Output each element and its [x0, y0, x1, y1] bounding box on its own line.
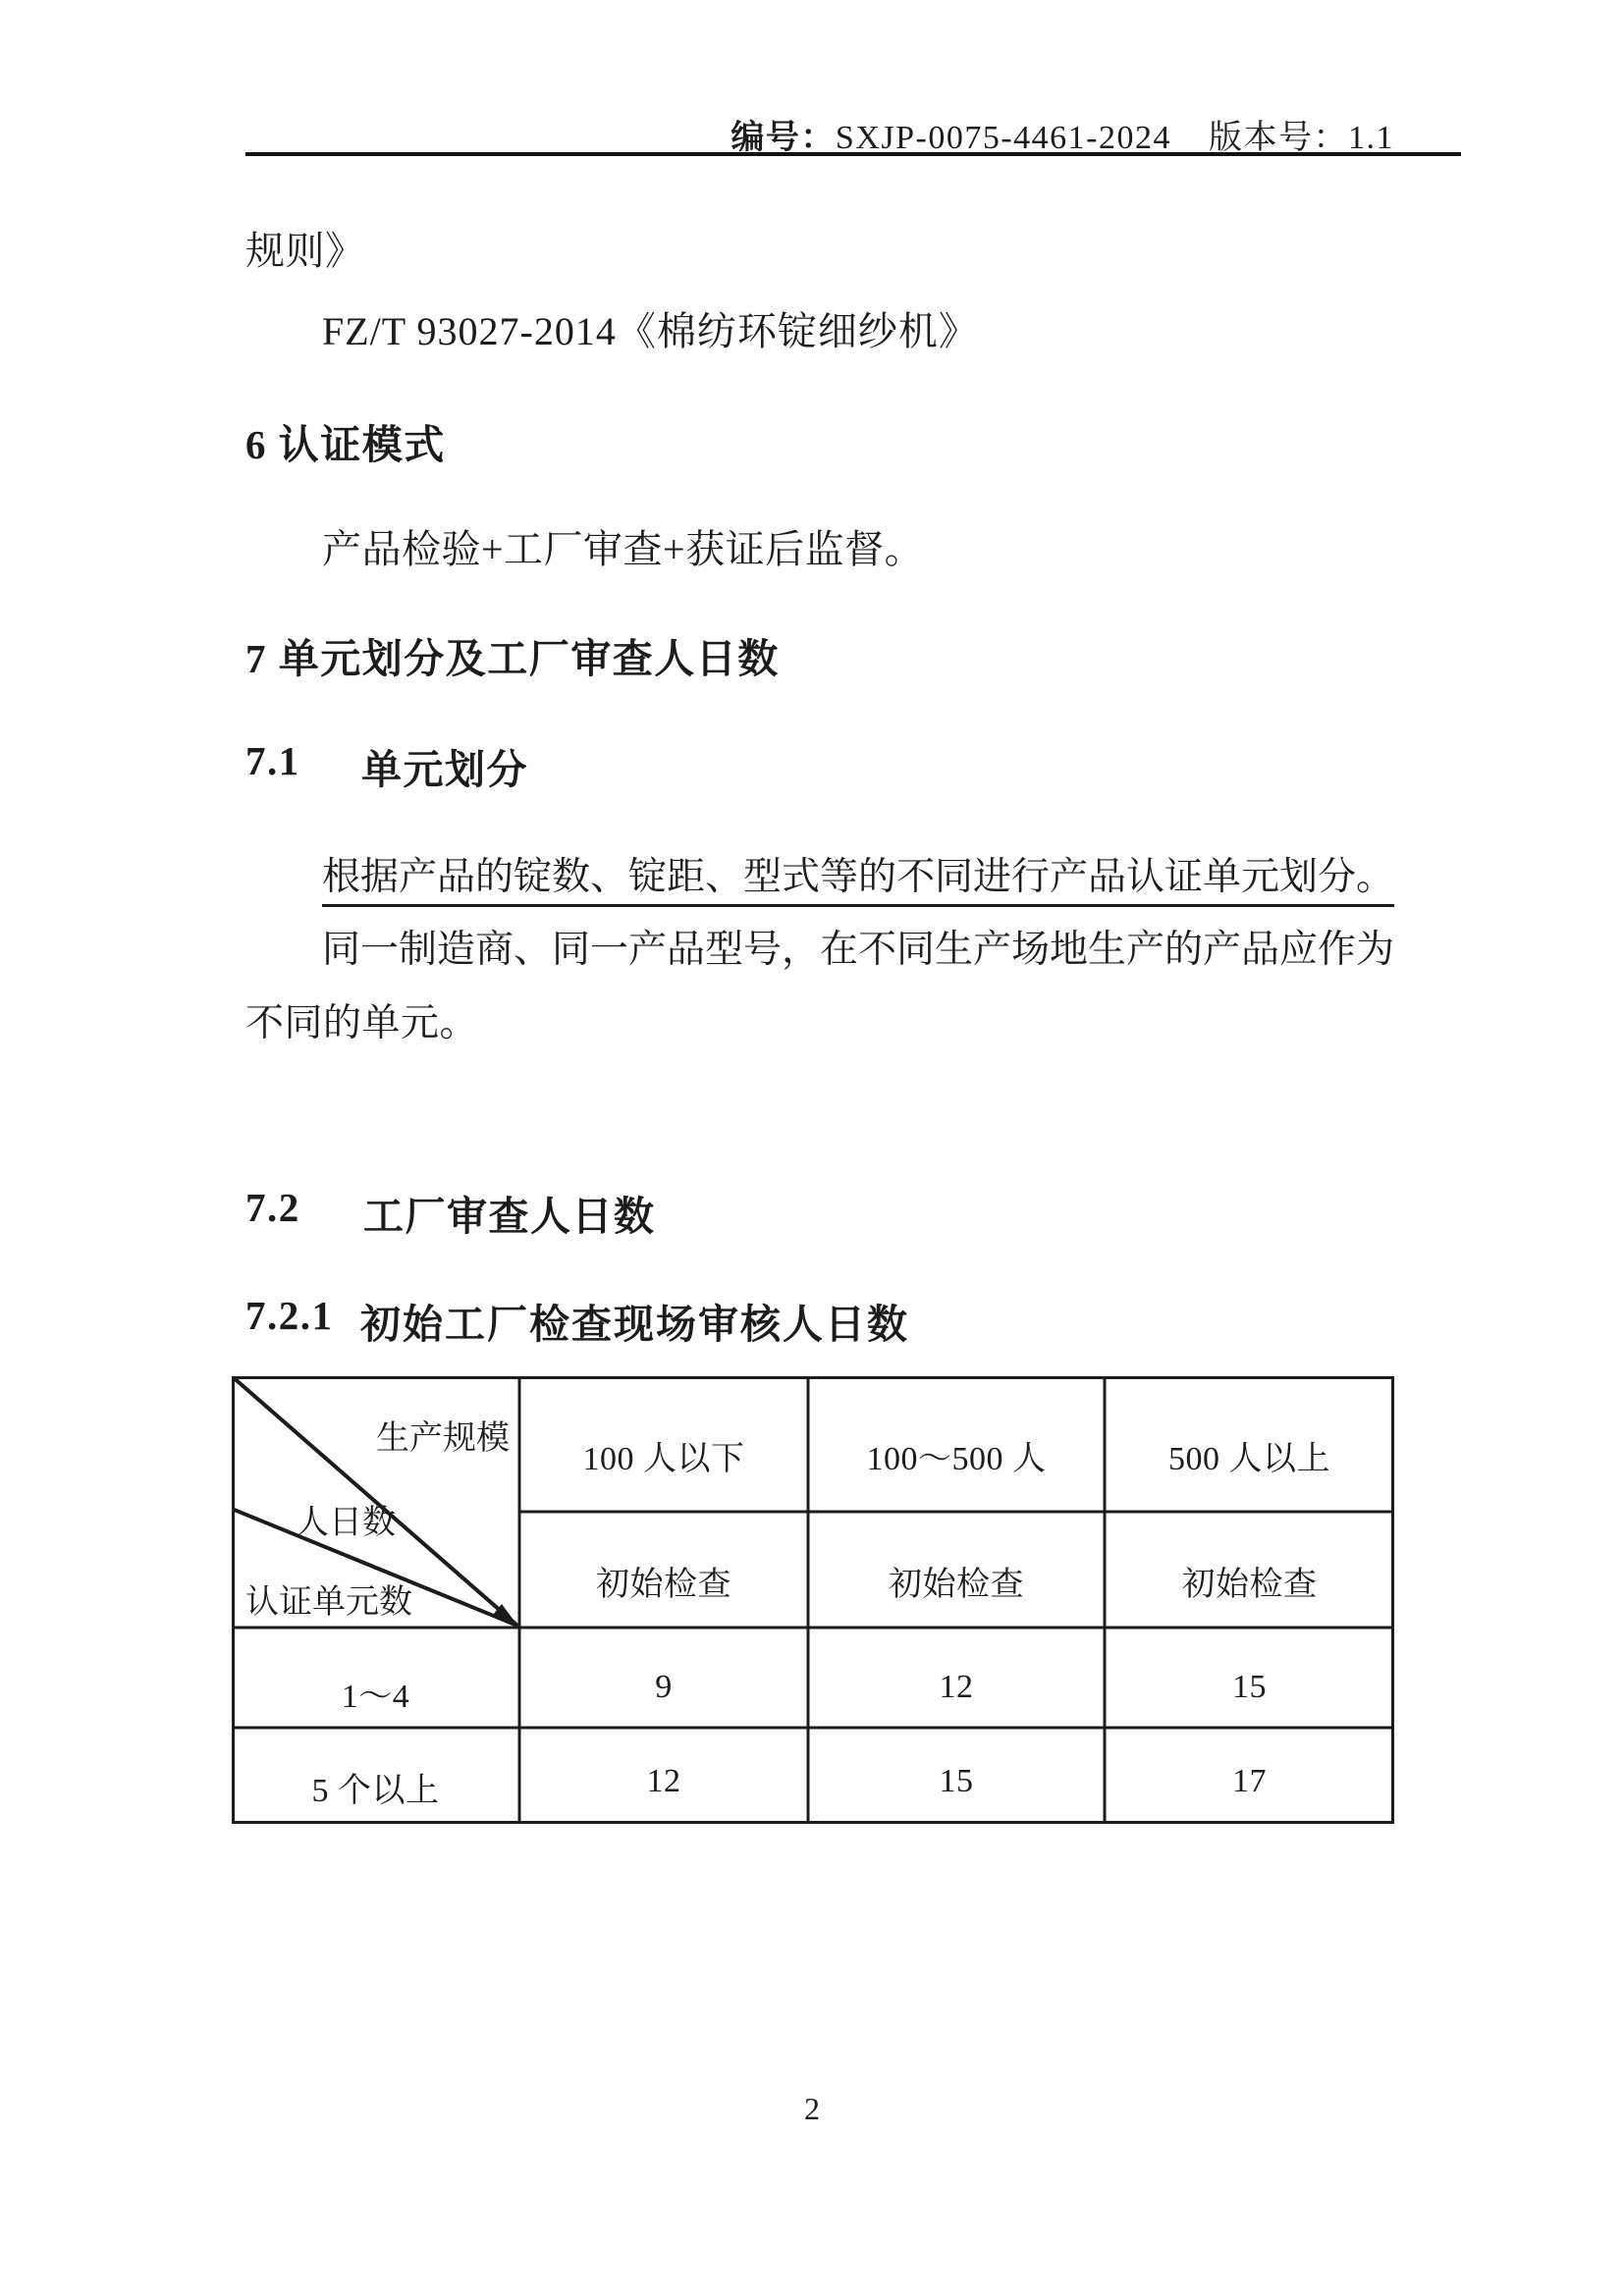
- table-column-header: 500 人以上: [1105, 1431, 1394, 1479]
- section-7-2-1-number: 7.2.1: [245, 1292, 334, 1339]
- corner-label-person-days: 人日数: [296, 1495, 396, 1543]
- table-subheader: 初始检查: [1105, 1557, 1394, 1605]
- section-6-paragraph: 产品检验+工厂审查+获证后监督。: [322, 518, 924, 574]
- page-header: 编号：SXJP-0075-4461-2024版本号：1.1: [731, 110, 1394, 158]
- table-column-header: 100～500 人: [808, 1431, 1105, 1479]
- section-7-heading: 7 单元划分及工厂审查人日数: [245, 626, 780, 684]
- doc-number-value: SXJP-0075-4461-2024: [836, 120, 1171, 156]
- corner-label-cert-units: 认证单元数: [245, 1575, 412, 1623]
- table-subheader: 初始检查: [519, 1557, 808, 1605]
- version-value: 1.1: [1348, 120, 1394, 156]
- header-rule: [245, 152, 1461, 156]
- standard-reference: FZ/T 93027-2014《棉纺环锭细纱机》: [322, 300, 979, 356]
- section-7-1-paragraph-line1: 根据产品的锭数、锭距、型式等的不同进行产品认证单元划分。: [322, 846, 1394, 907]
- doc-number-label: 编号：: [731, 120, 836, 156]
- corner-label-production-scale: 生产规模: [376, 1411, 510, 1459]
- section-7-1-paragraph-line3: 不同的单元。: [245, 992, 478, 1047]
- page-number: 2: [0, 2091, 1624, 2127]
- table-cell: 9: [519, 1669, 808, 1706]
- table-column-header: 100 人以下: [519, 1431, 808, 1479]
- version-label: 版本号：: [1209, 120, 1348, 156]
- underlined-text: 根据产品的锭数、锭距、型式等的不同进行产品认证单元划分。: [322, 846, 1394, 907]
- section-7-1-paragraph-line2: 同一制造商、同一产品型号，在不同生产场地生产的产品应作为: [322, 919, 1394, 974]
- section-7-1-number: 7.1: [245, 737, 300, 784]
- table-cell: 17: [1105, 1763, 1394, 1800]
- table-row-label: 1～4: [232, 1669, 519, 1717]
- document-page: 编号：SXJP-0075-4461-2024版本号：1.1 规则》 FZ/T 9…: [0, 0, 1624, 2296]
- table-subheader: 初始检查: [808, 1557, 1105, 1605]
- table-cell: 12: [808, 1669, 1105, 1706]
- continued-paragraph: 规则》: [245, 220, 365, 276]
- section-7-2-number: 7.2: [245, 1184, 300, 1231]
- section-7-1-title: 单元划分: [361, 737, 528, 795]
- section-7-2-title: 工厂审查人日数: [363, 1184, 656, 1242]
- table-cell: 15: [808, 1763, 1105, 1800]
- table-cell: 12: [519, 1763, 808, 1800]
- section-6-heading: 6 认证模式: [245, 412, 446, 470]
- section-7-2-1-title: 初始工厂检查现场审核人日数: [360, 1292, 909, 1350]
- table-cell: 15: [1105, 1669, 1394, 1706]
- table-row-label: 5 个以上: [232, 1763, 519, 1811]
